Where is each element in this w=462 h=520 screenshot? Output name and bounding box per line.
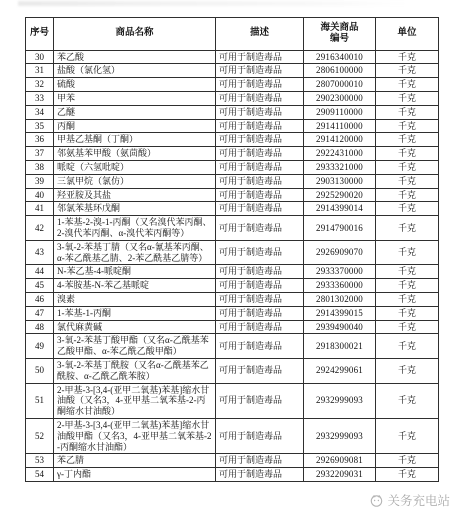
unit-cell: 千克 xyxy=(376,292,439,306)
table-row: 39 三氯甲烷（氯仿） 可用于制造毒品 2903130000 千克 xyxy=(26,174,439,188)
table-row: 35 丙酮 可用于制造毒品 2914110000 千克 xyxy=(26,119,439,133)
unit-cell: 千克 xyxy=(376,78,439,92)
row-number-cell: 36 xyxy=(26,133,54,147)
table-row: 48 氯代麻黄碱 可用于制造毒品 2939490040 千克 xyxy=(26,320,439,334)
product-name-cell: 溴素 xyxy=(54,292,216,306)
product-name-cell: 甲基乙基酮（丁酮） xyxy=(54,133,216,147)
description-cell: 可用于制造毒品 xyxy=(216,358,304,383)
header-serial-number: 序号 xyxy=(26,18,54,51)
product-name-cell: 苯乙酸 xyxy=(54,50,216,64)
header-serial-number-label: 序号 xyxy=(30,28,49,38)
description-cell: 可用于制造毒品 xyxy=(216,468,304,482)
product-name-cell: 1-苯基-2-溴-1-丙酮（又名溴代苯丙酮、2-溴代苯丙酮、α-溴代苯丙酮等） xyxy=(54,216,216,241)
description-cell: 可用于制造毒品 xyxy=(216,50,304,64)
row-number-cell: 38 xyxy=(26,160,54,174)
row-number-cell: 49 xyxy=(26,334,54,359)
product-name-cell: 三氯甲烷（氯仿） xyxy=(54,174,216,188)
customs-code-cell: 2914120000 xyxy=(304,133,376,147)
product-name-cell: 苯乙腈 xyxy=(54,454,216,468)
table-row: 36 甲基乙基酮（丁酮） 可用于制造毒品 2914120000 千克 xyxy=(26,133,439,147)
product-name-cell: 氯代麻黄碱 xyxy=(54,320,216,334)
table-row: 33 甲苯 可用于制造毒品 2902300000 千克 xyxy=(26,91,439,105)
description-cell: 可用于制造毒品 xyxy=(216,202,304,216)
table-row: 41 邻氯苯基环戊酮 可用于制造毒品 2914399014 千克 xyxy=(26,202,439,216)
table-row: 44 N-苯乙基-4-哌啶酮 可用于制造毒品 2933370000 千克 xyxy=(26,265,439,279)
product-name-cell: 3-氧-2-苯基丁腈（又名α-氰基苯丙酮、α-苯乙酰基乙腈、2-苯乙酰基乙腈等） xyxy=(54,240,216,265)
description-cell: 可用于制造毒品 xyxy=(216,320,304,334)
row-number-cell: 35 xyxy=(26,119,54,133)
row-number-cell: 43 xyxy=(26,240,54,265)
unit-cell: 千克 xyxy=(376,265,439,279)
unit-cell: 千克 xyxy=(376,306,439,320)
row-number-cell: 32 xyxy=(26,78,54,92)
product-name-cell: 3-氧-2-苯基丁酰胺（又名α-乙酰基苯乙酰胺、α-乙酰乙酰苯胺） xyxy=(54,358,216,383)
row-number-cell: 42 xyxy=(26,216,54,241)
table-row: 45 4-苯胺基-N-苯乙基哌啶 可用于制造毒品 2933360000 千克 xyxy=(26,279,439,293)
description-cell: 可用于制造毒品 xyxy=(216,279,304,293)
row-number-cell: 33 xyxy=(26,91,54,105)
header-customs-code: 海关商品编号 xyxy=(304,18,376,51)
row-number-cell: 37 xyxy=(26,147,54,161)
unit-cell: 千克 xyxy=(376,358,439,383)
unit-cell: 千克 xyxy=(376,383,439,418)
customs-code-cell: 2924299061 xyxy=(304,358,376,383)
watermark-logo-icon xyxy=(369,493,384,508)
unit-cell: 千克 xyxy=(376,133,439,147)
product-name-cell: 2-甲基-3-[3,4-(亚甲二氧基)苯基]缩水甘油酸（又名3，4-亚甲基二氧苯… xyxy=(54,383,216,418)
unit-cell: 千克 xyxy=(376,279,439,293)
product-name-cell: 甲苯 xyxy=(54,91,216,105)
scan-artifact xyxy=(18,1,408,6)
customs-code-cell: 2933370000 xyxy=(304,265,376,279)
table-row: 46 溴素 可用于制造毒品 2801302000 千克 xyxy=(26,292,439,306)
description-cell: 可用于制造毒品 xyxy=(216,174,304,188)
row-number-cell: 45 xyxy=(26,279,54,293)
row-number-cell: 48 xyxy=(26,320,54,334)
table-row: 43 3-氧-2-苯基丁腈（又名α-氰基苯丙酮、α-苯乙酰基乙腈、2-苯乙酰基乙… xyxy=(26,240,439,265)
customs-code-cell: 2916340010 xyxy=(304,50,376,64)
product-name-cell: 羟亚胺及其盐 xyxy=(54,188,216,202)
unit-cell: 千克 xyxy=(376,188,439,202)
description-cell: 可用于制造毒品 xyxy=(216,454,304,468)
customs-code-cell: 2909110000 xyxy=(304,105,376,119)
row-number-cell: 44 xyxy=(26,265,54,279)
table-row: 38 哌啶（六氢吡啶） 可用于制造毒品 2933321000 千克 xyxy=(26,160,439,174)
row-number-cell: 41 xyxy=(26,202,54,216)
description-cell: 可用于制造毒品 xyxy=(216,240,304,265)
product-name-cell: 3-氧-2-苯基丁酸甲酯（又名α-乙酰基苯乙酸甲酯、α-苯乙酰乙酸甲酯） xyxy=(54,334,216,359)
header-product-name: 商品名称 xyxy=(54,18,216,51)
customs-code-cell: 2914110000 xyxy=(304,119,376,133)
unit-cell: 千克 xyxy=(376,105,439,119)
unit-cell: 千克 xyxy=(376,119,439,133)
product-name-cell: 乙醚 xyxy=(54,105,216,119)
description-cell: 可用于制造毒品 xyxy=(216,292,304,306)
product-name-cell: 盐酸（氯化氢） xyxy=(54,64,216,78)
row-number-cell: 53 xyxy=(26,454,54,468)
header-row: 序号 商品名称 描述 海关商品编号 单位 xyxy=(26,18,439,51)
customs-code-cell: 2933321000 xyxy=(304,160,376,174)
table-row: 52 2-甲基-3-[3,4-(亚甲二氧基)苯基]缩水甘油酸甲酯（又名3，4-亚… xyxy=(26,418,439,453)
unit-cell: 千克 xyxy=(376,468,439,482)
unit-cell: 千克 xyxy=(376,240,439,265)
description-cell: 可用于制造毒品 xyxy=(216,216,304,241)
description-cell: 可用于制造毒品 xyxy=(216,383,304,418)
row-number-cell: 34 xyxy=(26,105,54,119)
unit-cell: 千克 xyxy=(376,216,439,241)
customs-code-cell: 2914790016 xyxy=(304,216,376,241)
customs-code-cell: 2914399014 xyxy=(304,202,376,216)
table-row: 37 邻氨基苯甲酸（氨茴酸） 可用于制造毒品 2922431000 千克 xyxy=(26,147,439,161)
product-name-cell: 2-甲基-3-[3,4-(亚甲二氧基)苯基]缩水甘油酸甲酯（又名3，4-亚甲基二… xyxy=(54,418,216,453)
table-row: 51 2-甲基-3-[3,4-(亚甲二氧基)苯基]缩水甘油酸（又名3，4-亚甲基… xyxy=(26,383,439,418)
customs-code-cell: 2933360000 xyxy=(304,279,376,293)
unit-cell: 千克 xyxy=(376,64,439,78)
row-number-cell: 46 xyxy=(26,292,54,306)
product-name-cell: γ-丁内酯 xyxy=(54,468,216,482)
table-row: 42 1-苯基-2-溴-1-丙酮（又名溴代苯丙酮、2-溴代苯丙酮、α-溴代苯丙酮… xyxy=(26,216,439,241)
customs-code-cell: 2801302000 xyxy=(304,292,376,306)
row-number-cell: 40 xyxy=(26,188,54,202)
customs-code-cell: 2932209031 xyxy=(304,468,376,482)
unit-cell: 千克 xyxy=(376,147,439,161)
header-unit-label: 单位 xyxy=(397,28,416,38)
description-cell: 可用于制造毒品 xyxy=(216,64,304,78)
customs-code-cell: 2807000010 xyxy=(304,78,376,92)
customs-code-cell: 2806100000 xyxy=(304,64,376,78)
product-name-cell: N-苯乙基-4-哌啶酮 xyxy=(54,265,216,279)
description-cell: 可用于制造毒品 xyxy=(216,160,304,174)
product-name-cell: 哌啶（六氢吡啶） xyxy=(54,160,216,174)
row-number-cell: 30 xyxy=(26,50,54,64)
row-number-cell: 51 xyxy=(26,383,54,418)
description-cell: 可用于制造毒品 xyxy=(216,133,304,147)
customs-code-cell: 2926909070 xyxy=(304,240,376,265)
unit-cell: 千克 xyxy=(376,320,439,334)
table-row: 32 硫酸 可用于制造毒品 2807000010 千克 xyxy=(26,78,439,92)
commodity-table-body: 30 苯乙酸 可用于制造毒品 2916340010 千克 31 盐酸（氯化氢） … xyxy=(26,50,439,481)
product-name-cell: 邻氨基苯甲酸（氨茴酸） xyxy=(54,147,216,161)
header-description-label: 描述 xyxy=(250,28,269,38)
description-cell: 可用于制造毒品 xyxy=(216,147,304,161)
unit-cell: 千克 xyxy=(376,174,439,188)
customs-code-cell: 2932999093 xyxy=(304,418,376,453)
header-product-name-label: 商品名称 xyxy=(115,28,153,38)
customs-code-cell: 2918300021 xyxy=(304,334,376,359)
row-number-cell: 39 xyxy=(26,174,54,188)
row-number-cell: 47 xyxy=(26,306,54,320)
customs-code-cell: 2926909081 xyxy=(304,454,376,468)
row-number-cell: 52 xyxy=(26,418,54,453)
product-name-cell: 4-苯胺基-N-苯乙基哌啶 xyxy=(54,279,216,293)
description-cell: 可用于制造毒品 xyxy=(216,306,304,320)
watermark: 关务充电站 xyxy=(369,491,450,509)
row-number-cell: 54 xyxy=(26,468,54,482)
table-row: 47 1-苯基-1-丙酮 可用于制造毒品 2914399015 千克 xyxy=(26,306,439,320)
table-row: 50 3-氧-2-苯基丁酰胺（又名α-乙酰基苯乙酰胺、α-乙酰乙酰苯胺） 可用于… xyxy=(26,358,439,383)
product-name-cell: 丙酮 xyxy=(54,119,216,133)
product-name-cell: 1-苯基-1-丙酮 xyxy=(54,306,216,320)
table-row: 31 盐酸（氯化氢） 可用于制造毒品 2806100000 千克 xyxy=(26,64,439,78)
table-row: 49 3-氧-2-苯基丁酸甲酯（又名α-乙酰基苯乙酸甲酯、α-苯乙酰乙酸甲酯） … xyxy=(26,334,439,359)
table-row: 30 苯乙酸 可用于制造毒品 2916340010 千克 xyxy=(26,50,439,64)
header-unit: 单位 xyxy=(376,18,439,51)
commodity-table: 序号 商品名称 描述 海关商品编号 单位 30 苯乙酸 可用于制造毒品 2916… xyxy=(25,17,439,482)
description-cell: 可用于制造毒品 xyxy=(216,119,304,133)
description-cell: 可用于制造毒品 xyxy=(216,418,304,453)
description-cell: 可用于制造毒品 xyxy=(216,105,304,119)
description-cell: 可用于制造毒品 xyxy=(216,78,304,92)
unit-cell: 千克 xyxy=(376,334,439,359)
header-description: 描述 xyxy=(216,18,304,51)
customs-code-cell: 2914399015 xyxy=(304,306,376,320)
unit-cell: 千克 xyxy=(376,160,439,174)
row-number-cell: 50 xyxy=(26,358,54,383)
unit-cell: 千克 xyxy=(376,418,439,453)
customs-code-cell: 2939490040 xyxy=(304,320,376,334)
unit-cell: 千克 xyxy=(376,50,439,64)
description-cell: 可用于制造毒品 xyxy=(216,188,304,202)
description-cell: 可用于制造毒品 xyxy=(216,265,304,279)
description-cell: 可用于制造毒品 xyxy=(216,91,304,105)
table-row: 53 苯乙腈 可用于制造毒品 2926909081 千克 xyxy=(26,454,439,468)
customs-code-cell: 2922431000 xyxy=(304,147,376,161)
table-header: 序号 商品名称 描述 海关商品编号 单位 xyxy=(26,18,439,51)
header-customs-code-label: 海关商品编号 xyxy=(320,23,360,45)
customs-code-cell: 2902300000 xyxy=(304,91,376,105)
customs-code-cell: 2925290020 xyxy=(304,188,376,202)
unit-cell: 千克 xyxy=(376,454,439,468)
product-name-cell: 邻氯苯基环戊酮 xyxy=(54,202,216,216)
product-name-cell: 硫酸 xyxy=(54,78,216,92)
watermark-label: 关务充电站 xyxy=(387,491,450,509)
table-row: 40 羟亚胺及其盐 可用于制造毒品 2925290020 千克 xyxy=(26,188,439,202)
table-row: 34 乙醚 可用于制造毒品 2909110000 千克 xyxy=(26,105,439,119)
table-row: 54 γ-丁内酯 可用于制造毒品 2932209031 千克 xyxy=(26,468,439,482)
customs-code-cell: 2903130000 xyxy=(304,174,376,188)
unit-cell: 千克 xyxy=(376,91,439,105)
document-page: 序号 商品名称 描述 海关商品编号 单位 30 苯乙酸 可用于制造毒品 2916… xyxy=(0,0,462,520)
row-number-cell: 31 xyxy=(26,64,54,78)
unit-cell: 千克 xyxy=(376,202,439,216)
description-cell: 可用于制造毒品 xyxy=(216,334,304,359)
customs-code-cell: 2932999093 xyxy=(304,383,376,418)
